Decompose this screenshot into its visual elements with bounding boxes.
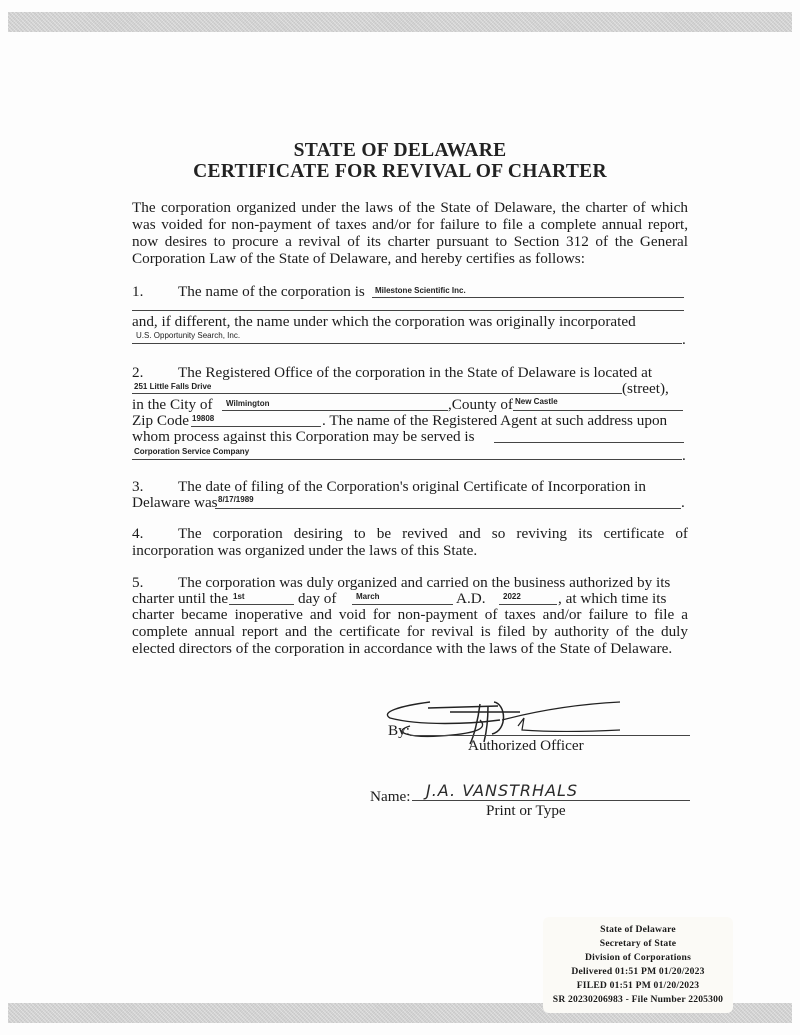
- agent-label: . The name of the Registered Agent at su…: [322, 412, 667, 429]
- stamp-line-division: Division of Corporations: [543, 952, 733, 963]
- street-suffix: (street),: [622, 380, 669, 397]
- name-label: Name:: [370, 788, 410, 805]
- item5-rest: charter became inoperative and void for …: [132, 606, 688, 657]
- item3-number: 3.: [132, 478, 143, 495]
- intro-paragraph: The corporation organized under the laws…: [132, 199, 688, 267]
- year-field[interactable]: 2022: [503, 592, 521, 601]
- item3-label: The date of filing of the Corporation's …: [178, 478, 646, 495]
- item2-label: The Registered Office of the corporation…: [178, 364, 652, 381]
- document-title-line2: CERTIFICATE FOR REVIVAL OF CHARTER: [0, 161, 800, 183]
- item2-number: 2.: [132, 364, 143, 381]
- charter-until-label: charter until the: [132, 590, 228, 607]
- agent-line-1: [494, 442, 684, 443]
- item5-line1: The corporation was duly organized and c…: [178, 574, 670, 591]
- name-line: [412, 800, 690, 801]
- corporation-name-field[interactable]: Milestone Scientific Inc.: [375, 286, 466, 295]
- scan-border-top: [8, 12, 792, 32]
- item1-blank-line: [132, 310, 684, 311]
- item5-number: 5.: [132, 574, 143, 591]
- print-or-type-caption: Print or Type: [486, 802, 566, 819]
- street-field[interactable]: 251 Little Falls Drive: [134, 382, 211, 391]
- agent-label-2: whom process against this Corporation ma…: [132, 428, 475, 445]
- city-line: [222, 410, 448, 411]
- agent-field[interactable]: Corporation Service Company: [134, 447, 249, 456]
- item3-period: .: [681, 494, 685, 511]
- day-of-label: day of: [298, 590, 336, 607]
- day-field[interactable]: 1st: [233, 592, 245, 601]
- original-name-line: [132, 343, 682, 344]
- day-line: [229, 604, 294, 605]
- corporation-name-line: [372, 297, 684, 298]
- printed-name-handwritten[interactable]: J.A. VANSTRHALS: [426, 782, 578, 799]
- ad-label: A.D.: [456, 590, 486, 607]
- original-name-field[interactable]: U.S. Opportunity Search, Inc.: [136, 331, 240, 340]
- zip-label: Zip Code: [132, 412, 189, 429]
- item1-label: The name of the corporation is: [178, 283, 365, 300]
- stamp-line-filed: FILED 01:51 PM 01/20/2023: [543, 980, 733, 991]
- filing-stamp: State of Delaware Secretary of State Div…: [543, 917, 733, 1013]
- incorporation-date-line: [215, 508, 681, 509]
- item4-text: The corporation desiring to be revived a…: [132, 525, 688, 559]
- document-title-line1: STATE OF DELAWARE: [0, 140, 800, 162]
- zip-line: [191, 426, 321, 427]
- authorized-officer-caption: Authorized Officer: [468, 737, 584, 754]
- stamp-line-file-number: SR 20230206983 - File Number 2205300: [543, 994, 733, 1005]
- agent-line-2: [132, 459, 682, 460]
- zip-field[interactable]: 19808: [192, 414, 214, 423]
- incorporation-date-field[interactable]: 8/17/1989: [218, 495, 254, 504]
- item2-period: .: [682, 447, 686, 464]
- month-line: [352, 604, 453, 605]
- city-label: in the City of: [132, 396, 213, 413]
- city-field[interactable]: Wilmington: [226, 399, 269, 408]
- item1-number: 1.: [132, 283, 143, 300]
- county-line: [513, 410, 683, 411]
- item1-period: .: [682, 331, 686, 348]
- stamp-line-delivered: Delivered 01:51 PM 01/20/2023: [543, 966, 733, 977]
- county-label: ,County of: [448, 396, 513, 413]
- street-line: [132, 393, 622, 394]
- signature-line[interactable]: [410, 735, 690, 736]
- stamp-line-secretary: Secretary of State: [543, 938, 733, 949]
- stamp-line-state: State of Delaware: [543, 924, 733, 935]
- after-year-label: , at which time its: [558, 590, 666, 607]
- by-label: By:: [388, 722, 410, 739]
- item3-label-2: Delaware was: [132, 494, 218, 511]
- month-field[interactable]: March: [356, 592, 380, 601]
- county-field[interactable]: New Castle: [515, 397, 558, 406]
- year-line: [499, 604, 557, 605]
- item1-original-label: and, if different, the name under which …: [132, 313, 636, 330]
